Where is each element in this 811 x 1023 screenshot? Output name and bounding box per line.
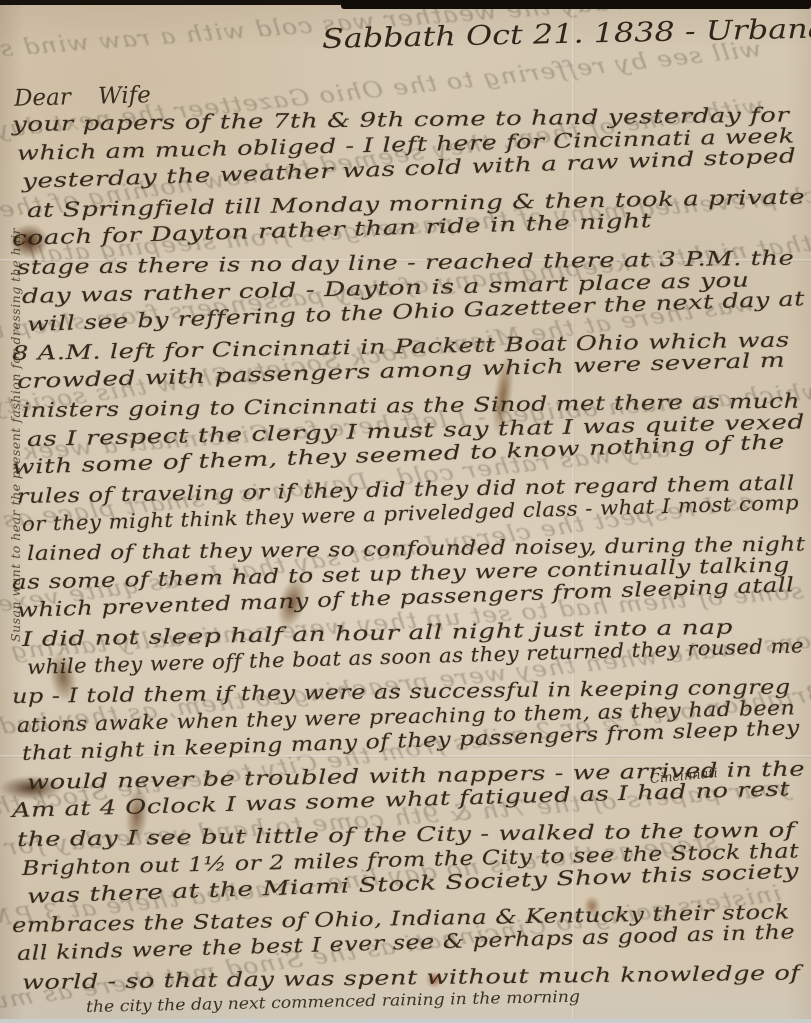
letter-page: yesterday the weather was cold with a ra… (0, 0, 811, 1023)
handwriting-layer: Sabbath Oct 21. 1838 - Urbana Dear Wife … (0, 0, 811, 1023)
dateline: Sabbath Oct 21. 1838 - Urbana (322, 13, 811, 55)
letter-line: world - so that day was spent without mu… (22, 960, 801, 994)
margin-note: Susan want to hear the present fashion f… (8, 228, 23, 642)
salutation: Dear Wife (14, 82, 151, 112)
scan-edge-bottom (0, 1019, 811, 1023)
scan-edge-top-right (341, 0, 811, 9)
